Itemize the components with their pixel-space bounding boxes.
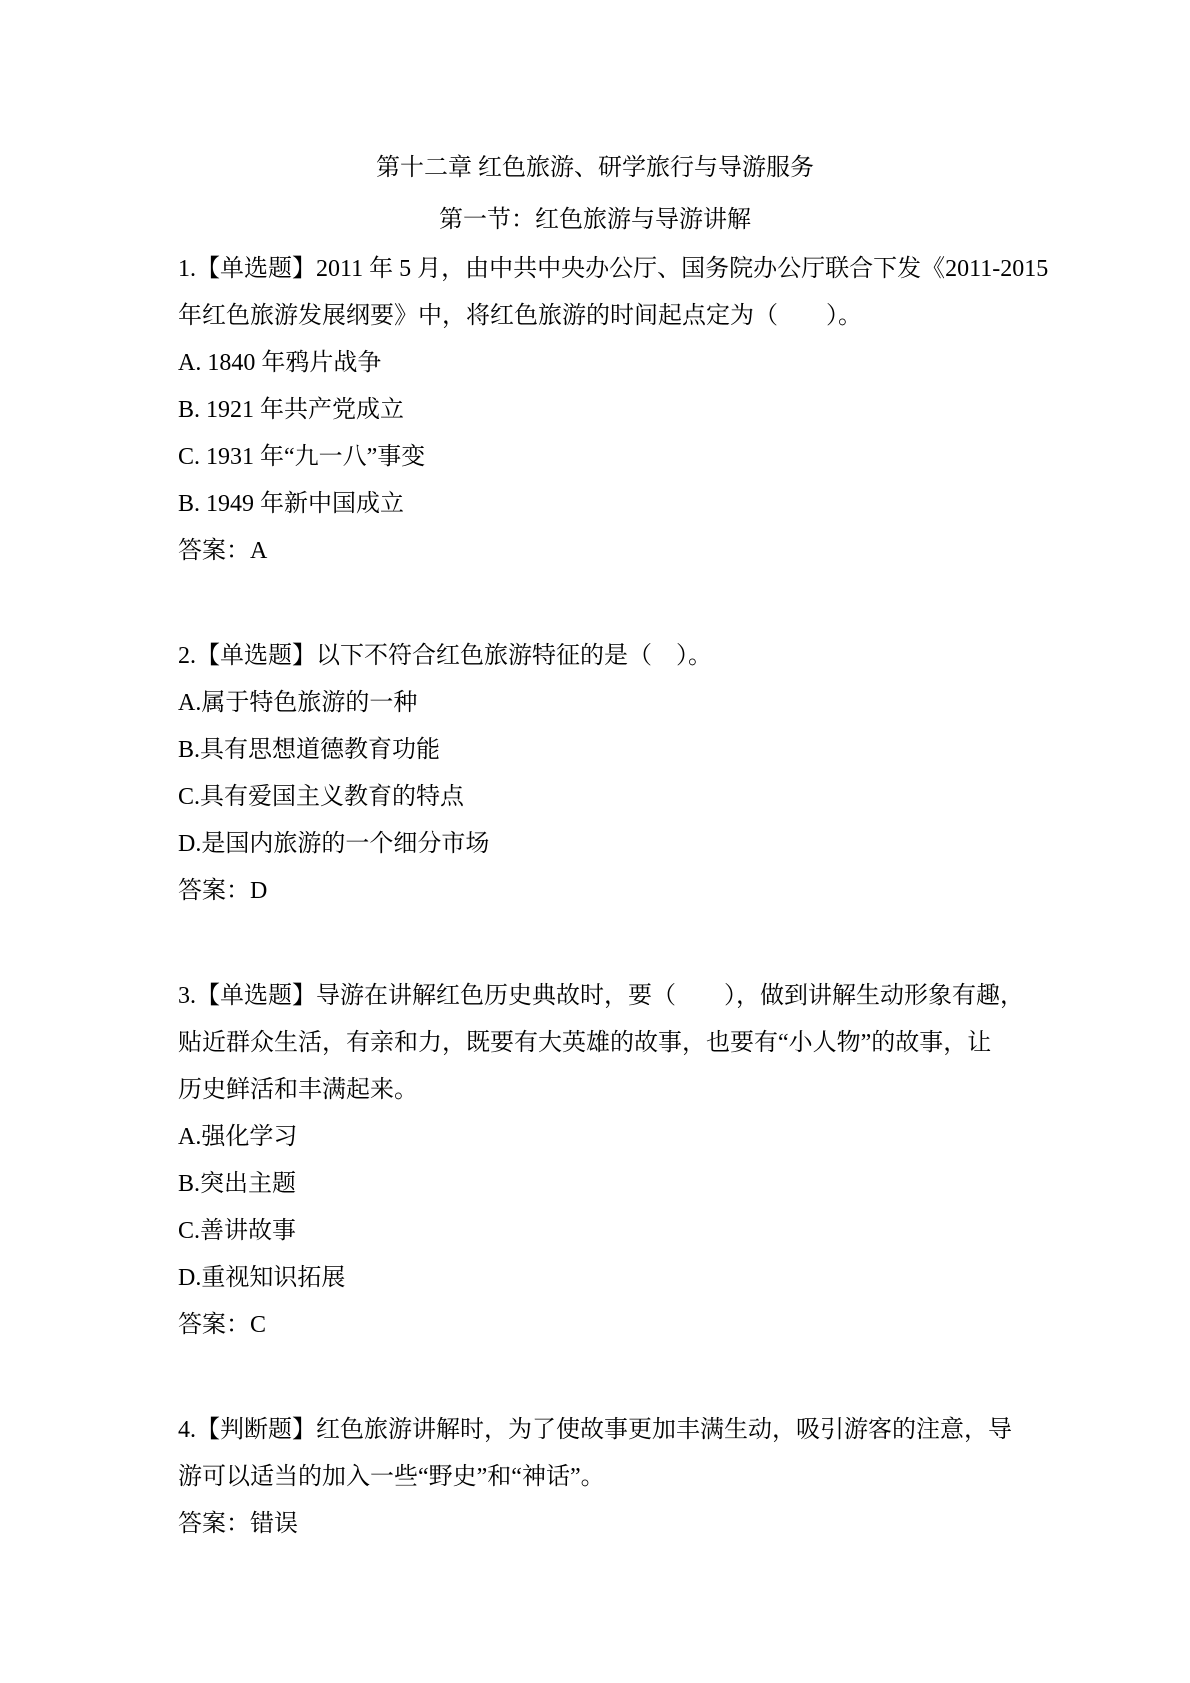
option-line: C.具有爱国主义教育的特点 (178, 774, 1012, 821)
question-stem-line: 3.【单选题】导游在讲解红色历史典故时，要（ ），做到讲解生动形象有趣， (178, 973, 1012, 1020)
option-line: D.重视知识拓展 (178, 1255, 1012, 1302)
question-block: 4.【判断题】红色旅游讲解时，为了使故事更加丰满生动，吸引游客的注意，导 游可以… (178, 1407, 1012, 1548)
question-stem-line: 2.【单选题】以下不符合红色旅游特征的是（ ）。 (178, 633, 1012, 680)
option-line: B.具有思想道德教育功能 (178, 727, 1012, 774)
question-stem-line: 游可以适当的加入一些“野史”和“神话”。 (178, 1454, 1012, 1501)
option-line: A. 1840 年鸦片战争 (178, 340, 1012, 387)
option-line: D.是国内旅游的一个细分市场 (178, 821, 1012, 868)
section-title: 第一节：红色旅游与导游讲解 (178, 194, 1012, 246)
answer-value: C (250, 1312, 266, 1338)
chapter-title: 第十二章 红色旅游、研学旅行与导游服务 (178, 142, 1012, 194)
answer-label: 答案： (178, 878, 250, 904)
option-line: B.突出主题 (178, 1161, 1012, 1208)
question-block: 2.【单选题】以下不符合红色旅游特征的是（ ）。 A.属于特色旅游的一种 B.具… (178, 633, 1012, 915)
option-line: A.属于特色旅游的一种 (178, 680, 1012, 727)
answer-label: 答案： (178, 538, 250, 564)
option-line: B. 1921 年共产党成立 (178, 387, 1012, 434)
answer-value: A (250, 538, 267, 564)
answer-line: 答案：错误 (178, 1501, 1012, 1548)
question-block: 3.【单选题】导游在讲解红色历史典故时，要（ ），做到讲解生动形象有趣， 贴近群… (178, 973, 1012, 1349)
question-stem-line: 4.【判断题】红色旅游讲解时，为了使故事更加丰满生动，吸引游客的注意，导 (178, 1407, 1012, 1454)
option-line: B. 1949 年新中国成立 (178, 481, 1012, 528)
question-stem-line: 贴近群众生活，有亲和力，既要有大英雄的故事，也要有“小人物”的故事，让 (178, 1020, 1012, 1067)
question-stem-line: 年红色旅游发展纲要》中，将红色旅游的时间起点定为（ ）。 (178, 293, 1012, 340)
answer-line: 答案：D (178, 868, 1012, 915)
question-stem-line: 1.【单选题】2011 年 5 月，由中共中央办公厅、国务院办公厅联合下发《20… (178, 246, 1012, 293)
option-line: A.强化学习 (178, 1114, 1012, 1161)
answer-line: 答案：C (178, 1302, 1012, 1349)
option-line: C. 1931 年“九一八”事变 (178, 434, 1012, 481)
answer-label: 答案： (178, 1312, 250, 1338)
question-stem-line: 历史鲜活和丰满起来。 (178, 1067, 1012, 1114)
answer-value: D (250, 878, 267, 904)
document-page: 第十二章 红色旅游、研学旅行与导游服务 第一节：红色旅游与导游讲解 1.【单选题… (0, 0, 1190, 1683)
option-line: C.善讲故事 (178, 1208, 1012, 1255)
answer-label: 答案： (178, 1511, 250, 1537)
answer-value: 错误 (250, 1511, 298, 1537)
answer-line: 答案：A (178, 528, 1012, 575)
question-block: 1.【单选题】2011 年 5 月，由中共中央办公厅、国务院办公厅联合下发《20… (178, 246, 1012, 575)
